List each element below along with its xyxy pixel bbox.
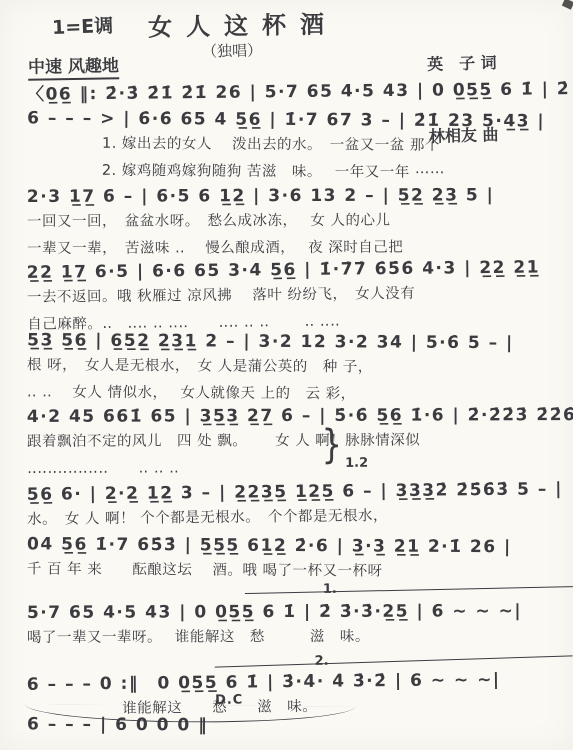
score-line: 5̲6̲ 6· | 2̲·2̲ 1̲2̲ 3 – | 2̲2̲3̲5̲ 1̲2̲… (27, 477, 570, 534)
volta-brace: } (321, 422, 342, 468)
lyrics-verse1: 跟着飘泊不定的风儿 四 处 飘。 女 人 啊！脉脉情深似 (27, 427, 569, 456)
score-line: 4·2 45 661̇ 65 | 3̲5̲3̲ 2̲7̲ 6̇ – | 5̇·6… (27, 403, 569, 483)
tempo-marking: 中速 风趣地 (28, 51, 119, 81)
volta-label-2: 2. (315, 654, 329, 669)
score-line: 6 – – – > | 6̇·6̇ 65 4 5̲6̲ | 1̇·7 67 3 … (27, 106, 569, 187)
notation-line: 4·2 45 661̇ 65 | 3̲5̲3̲ 2̲7̲ 6̇ – | 5̇·6… (27, 403, 569, 429)
scan-corner-mark (562, 0, 573, 10)
score-line: 5̲3̲ 5̲6̲ | 6̲5̲2̲ 2̲3̲1̲ 2 – | 3·2 12 3… (27, 328, 569, 409)
lyrics-verse1: 喝了一辈又一辈呀。 谁能解这 愁 滋 味。 (27, 623, 569, 652)
volta-bracket (215, 655, 573, 667)
score-line: 6 – – – | 6 0 0 0 ‖ (27, 712, 569, 739)
score-line: 2·3 1̲7̲ 6 – | 6·5 6 1̲2̲ | 3·6 13 2 – |… (27, 183, 569, 263)
lyrics-verse1: 1. 嫁出去的女人 泼出去的水。 一盆又一盆 那个 (27, 130, 569, 160)
lyricist-credit: 英 子 词 (427, 51, 497, 77)
notation-line: 2·3 1̲7̲ 6 – | 6·5 6 1̲2̲ | 3·6 13 2 – |… (27, 183, 569, 209)
lyrics-verse1: 根 呀， 女人是无根水， 女 人是蒲公英的 种 子， (27, 352, 569, 382)
score-line: 2̲2̲ 1̲7̲ 6·5 | 6·6 65 3·4 5̲6̲ | 1̇·7̇7… (27, 255, 570, 339)
notation-line: 6 – – – > | 6̇·6̇ 65 4 5̲6̲ | 1̇·7 67 3 … (27, 106, 569, 133)
lyrics-verse1: 千 百 年 来 酝酿这坛 酒。哦 喝了一杯又一杯呀 (27, 556, 569, 586)
notation-line: 5·7 65 4·5 43 | 0 0̲5̲5̲ 6 1̇ | 2̇ 3̇·3̇… (27, 599, 569, 625)
key-signature: 1=E调 (52, 11, 114, 40)
lyrics-verse1: 水。 女 人 啊！ 个个都是无根水。 个个都是无根水， (27, 501, 569, 534)
score-line: 04 5̲6̲ 1̇·7 6̇5̇3̇ | 5̲5̲5̲ 61̲2̲ 2̇·6 … (27, 532, 569, 586)
volta-label-1: 1. (323, 582, 337, 597)
sheet-music-page: 1=E调 女人这杯酒 （独唱） 英 子 词 林相友 曲 中速 风趣地 〈0̲6̲… (0, 0, 573, 750)
lyrics-verse1: 一回又一回， 盆盆水呀。 愁么成冰冻， 女 人的心儿 (27, 207, 569, 236)
notation-line: 04 5̲6̲ 1̇·7 6̇5̇3̇ | 5̲5̲5̲ 61̲2̲ 2̇·6 … (27, 532, 569, 559)
notation-line: 5̲3̲ 5̲6̲ | 6̲5̲2̲ 2̲3̲1̲ 2 – | 3·2 12 3… (27, 328, 569, 355)
score-line: 1. 5·7 65 4·5 43 | 0 0̲5̲5̲ 6 1̇ | 2̇ 3̇… (27, 599, 569, 652)
song-title: 女人这杯酒 (148, 4, 339, 42)
volta-bracket (245, 586, 573, 594)
volta-label-1-2: 1.2 (345, 456, 368, 471)
song-subtitle: （独唱） (202, 39, 262, 61)
